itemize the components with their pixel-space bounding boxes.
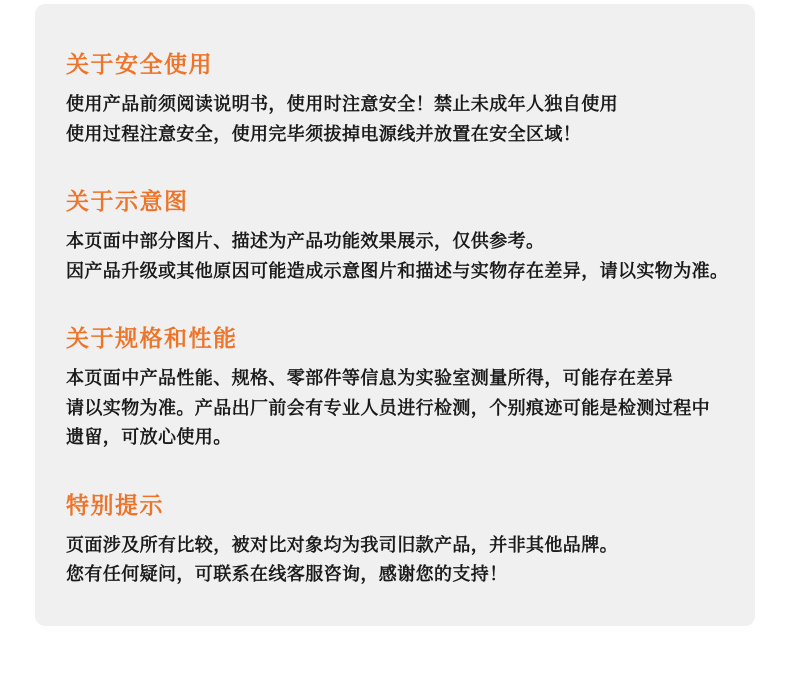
section-body: 本页面中产品性能、规格、零部件等信息为实验室测量所得，可能存在差异 请以实物为准… [66, 364, 727, 453]
body-text-line: 使用产品前须阅读说明书，使用时注意安全！禁止未成年人独自使用 [66, 90, 727, 120]
section-body: 页面涉及所有比较，被对比对象均为我司旧款产品，并非其他品牌。 您有任何疑问，可联… [66, 531, 727, 590]
body-text-line: 请以实物为准。产品出厂前会有专业人员进行检测，个别痕迹可能是检测过程中 [66, 394, 727, 424]
section-heading: 关于示意图 [66, 189, 727, 213]
section-illustration: 关于示意图 本页面中部分图片、描述为产品功能效果展示，仅供参考。 因产品升级或其… [66, 189, 727, 286]
body-text-line: 使用过程注意安全，使用完毕须拔掉电源线并放置在安全区域！ [66, 120, 727, 150]
section-body: 使用产品前须阅读说明书，使用时注意安全！禁止未成年人独自使用 使用过程注意安全，… [66, 90, 727, 149]
body-text-line: 页面涉及所有比较，被对比对象均为我司旧款产品，并非其他品牌。 [66, 531, 727, 561]
section-heading: 关于规格和性能 [66, 326, 727, 350]
body-text-line: 本页面中产品性能、规格、零部件等信息为实验室测量所得，可能存在差异 [66, 364, 727, 394]
section-body: 本页面中部分图片、描述为产品功能效果展示，仅供参考。 因产品升级或其他原因可能造… [66, 227, 727, 286]
body-text-line: 您有任何疑问，可联系在线客服咨询，感谢您的支持！ [66, 560, 727, 590]
section-heading: 特别提示 [66, 493, 727, 517]
body-text-line: 因产品升级或其他原因可能造成示意图片和描述与实物存在差异，请以实物为准。 [66, 257, 727, 287]
disclaimer-card: 关于安全使用 使用产品前须阅读说明书，使用时注意安全！禁止未成年人独自使用 使用… [35, 4, 755, 626]
body-text-line: 本页面中部分图片、描述为产品功能效果展示，仅供参考。 [66, 227, 727, 257]
section-specs-performance: 关于规格和性能 本页面中产品性能、规格、零部件等信息为实验室测量所得，可能存在差… [66, 326, 727, 453]
section-safety-usage: 关于安全使用 使用产品前须阅读说明书，使用时注意安全！禁止未成年人独自使用 使用… [66, 52, 727, 149]
section-special-notice: 特别提示 页面涉及所有比较，被对比对象均为我司旧款产品，并非其他品牌。 您有任何… [66, 493, 727, 590]
section-heading: 关于安全使用 [66, 52, 727, 76]
body-text-line: 遗留，可放心使用。 [66, 423, 727, 453]
